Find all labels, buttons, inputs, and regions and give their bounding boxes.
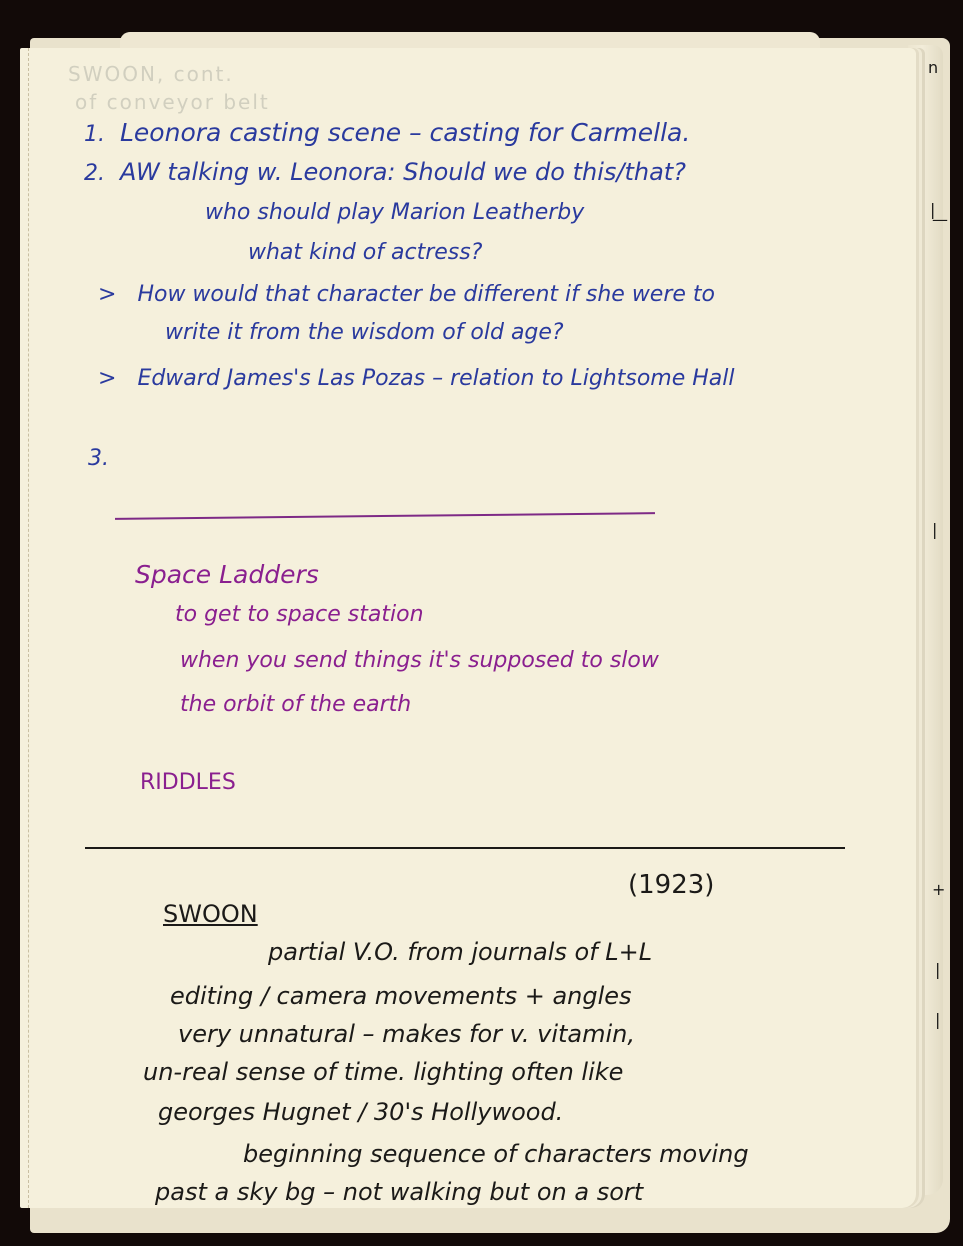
swoon-line: un-real sense of time. lighting often li… [143,1058,623,1086]
item-text: How would that character be different if… [137,282,715,307]
space-line: when you send things it's supposed to sl… [180,648,659,673]
margin-mark: + [932,880,945,899]
list-item-bullet: > How would that character be different … [98,282,715,307]
margin-mark: n [928,58,938,77]
bullet-marker: > [98,282,116,307]
item-number: 2. [84,161,105,186]
swoon-line: past a sky bg – not walking but on a sor… [155,1178,643,1206]
swoon-year: (1923) [628,870,714,900]
margin-mark: — [932,210,948,229]
item-number: 1. [84,122,105,147]
item-text: Leonora casting scene – casting for Carm… [120,118,690,147]
divider-line [85,847,845,849]
swoon-line: editing / camera movements + angles [170,982,632,1010]
swoon-line: partial V.O. from journals of L+L [268,938,652,966]
margin-mark: | [935,960,940,979]
swoon-line: very unnatural – makes for v. vitamin, [178,1020,635,1048]
space-heading: Space Ladders [135,560,319,589]
margin-mark: | [935,1010,940,1029]
riddles-heading: RIDDLES [140,770,236,795]
list-item-bullet: > Edward James's Las Pozas – relation to… [98,366,735,391]
bleed-through-text: of conveyor belt [75,90,270,114]
swoon-line: georges Hugnet / 30's Hollywood. [158,1098,563,1126]
list-subitem: write it from the wisdom of old age? [165,320,564,345]
swoon-line: beginning sequence of characters moving [243,1140,749,1168]
spiral-binding-holes [20,48,29,1208]
bleed-through-text: SWOON, cont. [68,62,234,86]
list-item-1: 1. Leonora casting scene – casting for C… [84,118,690,147]
list-item-2: 2. AW talking w. Leonora: Should we do t… [84,158,686,186]
item-text: AW talking w. Leonora: Should we do this… [120,158,686,186]
space-line: to get to space station [175,602,424,627]
item-text: Edward James's Las Pozas – relation to L… [137,366,734,391]
list-item-3: 3. [88,446,109,471]
margin-mark: | [932,520,937,539]
space-line: the orbit of the earth [180,692,411,717]
list-subitem: what kind of actress? [248,240,482,265]
bullet-marker: > [98,366,116,391]
swoon-title: SWOON [163,900,258,928]
list-subitem: who should play Marion Leatherby [205,200,584,225]
